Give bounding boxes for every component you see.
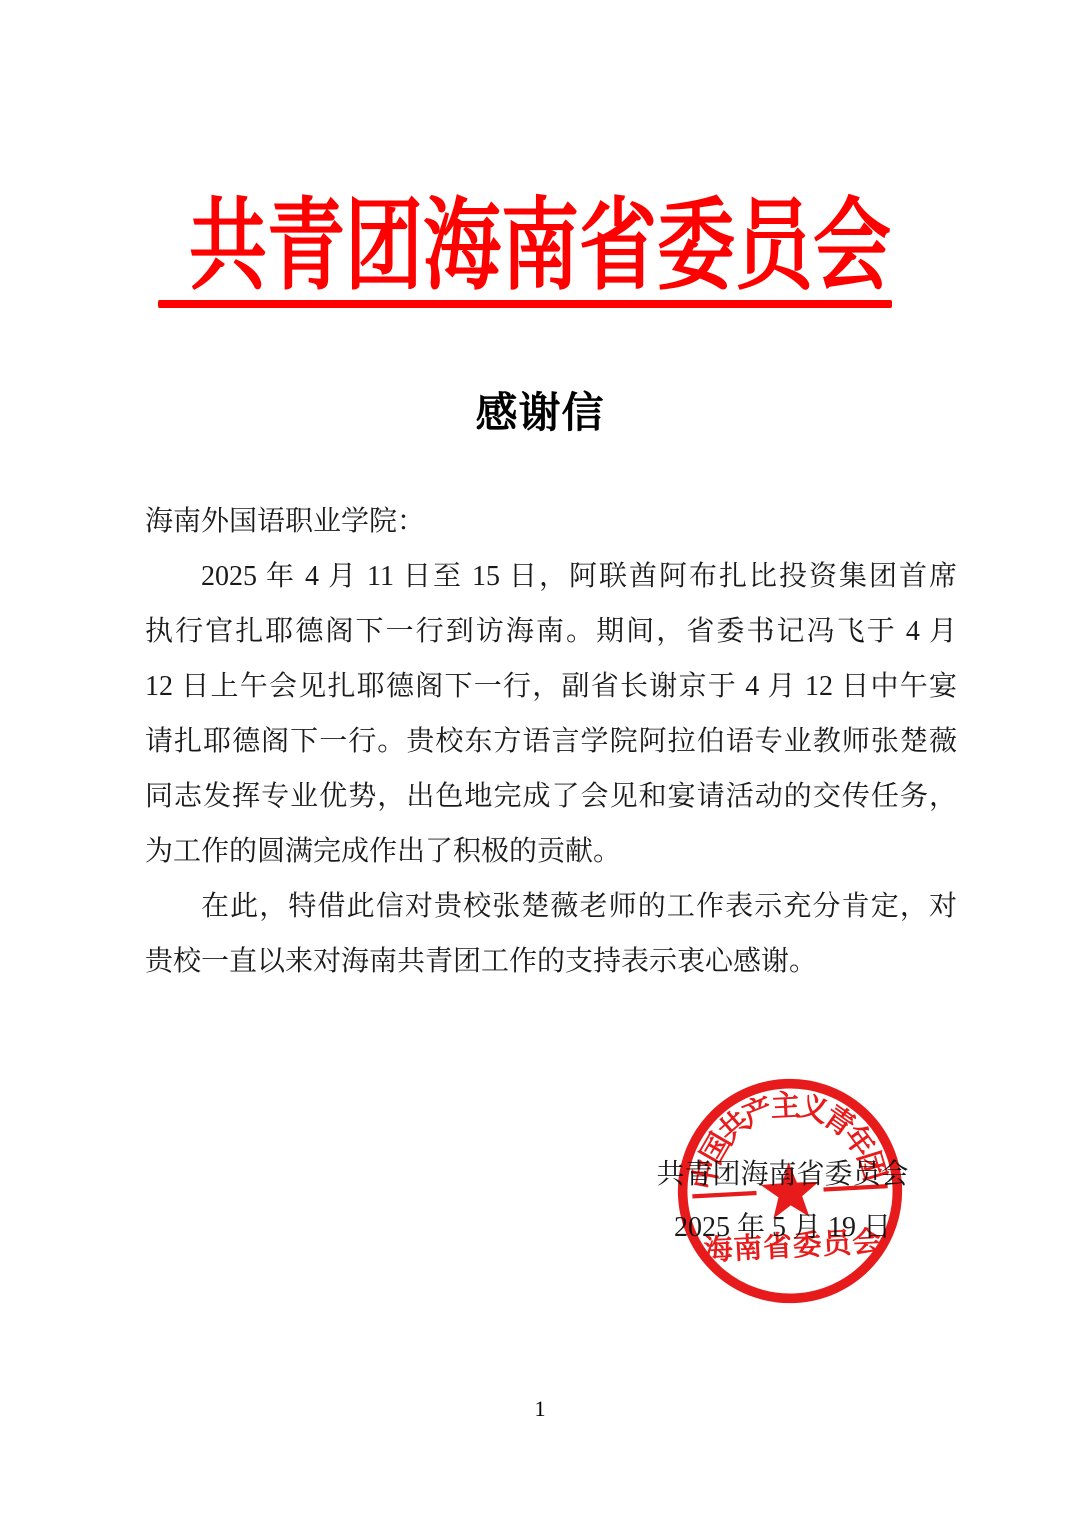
document-page: 共青团海南省委员会 感谢信 海南外国语职业学院： 2025 年 4 月 11 日…	[0, 0, 1080, 1527]
seal-divider-line	[823, 1184, 887, 1192]
salutation: 海南外国语职业学院：	[145, 494, 957, 549]
letter-title: 感谢信	[0, 380, 1080, 440]
letterhead: 共青团海南省委员会	[0, 188, 1080, 306]
seal-bottom-text: 海南省委员会	[703, 1226, 883, 1267]
letterhead-underline	[158, 300, 892, 308]
body-line: 12 日上午会见扎耶德阁下一行，副省长谢京于 4 月 12 日中午宴	[145, 659, 957, 714]
body-line: 贵校一直以来对海南共青团工作的支持表示衷心感谢。	[145, 934, 957, 989]
letter-body: 海南外国语职业学院： 2025 年 4 月 11 日至 15 日，阿联酋阿布扎比…	[145, 494, 957, 989]
body-line: 请扎耶德阁下一行。贵校东方语言学院阿拉伯语专业教师张楚薇	[145, 714, 957, 769]
body-line: 2025 年 4 月 11 日至 15 日，阿联酋阿布扎比投资集团首席	[145, 549, 957, 604]
body-line: 在此，特借此信对贵校张楚薇老师的工作表示充分肯定，对	[145, 879, 957, 934]
body-line: 同志发挥专业优势，出色地完成了会见和宴请活动的交传任务，	[145, 769, 957, 824]
page-number: 1	[0, 1396, 1080, 1422]
letterhead-title: 共青团海南省委员会	[189, 188, 891, 306]
body-line: 执行官扎耶德阁下一行到访海南。期间，省委书记冯飞于 4 月	[145, 604, 957, 659]
official-seal: 中 国 共 产 主 义 青 年 团 海南省委员会	[675, 1076, 905, 1306]
body-line: 为工作的圆满完成作出了积极的贡献。	[145, 824, 957, 879]
seal-divider-line	[692, 1191, 756, 1199]
star-icon	[759, 1161, 820, 1219]
